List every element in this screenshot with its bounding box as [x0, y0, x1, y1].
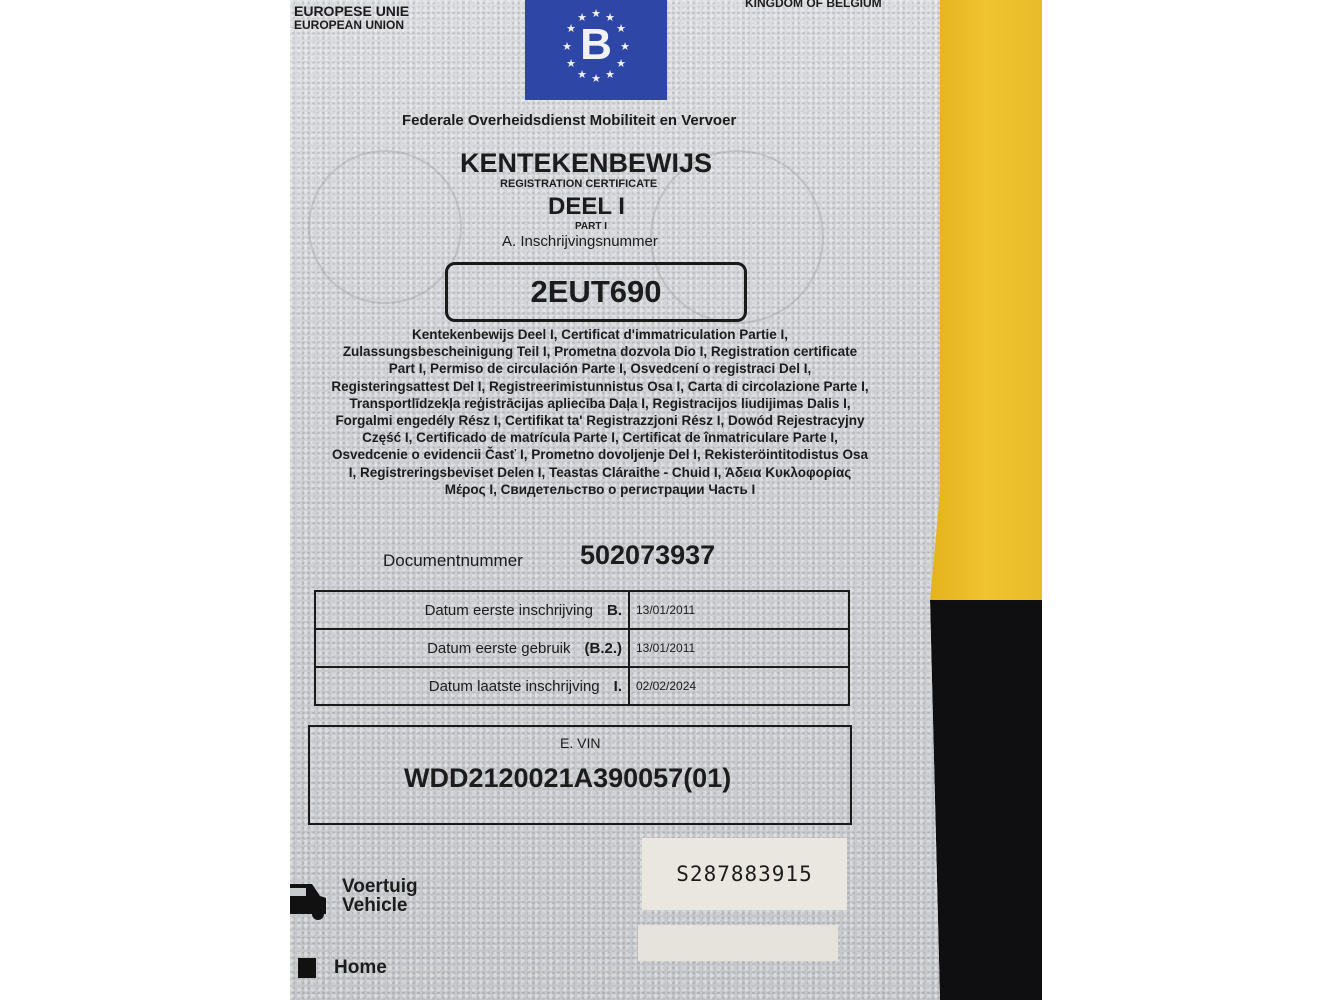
country-code: B	[525, 20, 667, 70]
date-code: I.	[614, 678, 622, 695]
svg-text:★: ★	[577, 69, 587, 81]
home-icon	[296, 956, 318, 980]
multilingual-title-text: Kentekenbewijs Deel I, Certificat d'imma…	[330, 326, 870, 498]
document-photo: Wichtig Bitte sorgfältig aufbewahren, je…	[290, 0, 1042, 1000]
part-label-en: PART I	[575, 221, 607, 232]
document-number-value: 502073937	[580, 540, 715, 571]
registration-certificate: EUROPESE UNIE EUROPEAN UNION KINGDOM OF …	[290, 0, 940, 1000]
serial-sticker-lower	[638, 925, 838, 961]
section-home: Home	[334, 957, 387, 979]
date-value: 02/02/2024	[629, 667, 849, 705]
vin-label: E. VIN	[560, 735, 600, 751]
vin-box: E. VIN WDD2120021A390057(01)	[308, 725, 852, 825]
table-row: Datum eerste gebruik(B.2.) 13/01/2011	[315, 629, 849, 667]
svg-text:★: ★	[605, 69, 615, 81]
svg-text:★: ★	[591, 73, 601, 85]
license-plate-number: 2EUT690	[448, 265, 744, 319]
envelope-background: Wichtig Bitte sorgfältig aufbewahren, je…	[930, 0, 1042, 600]
section-vehicle-en: Vehicle	[342, 896, 408, 915]
date-code: (B.2.)	[585, 640, 623, 657]
document-title: KENTEKENBEWIJS	[460, 148, 712, 179]
license-plate-box: 2EUT690	[445, 262, 747, 322]
sticker-number: S287883915	[642, 838, 847, 910]
date-value: 13/01/2011	[629, 591, 849, 629]
country-en: KINGDOM OF BELGIUM	[745, 0, 882, 10]
table-row: Datum eerste inschrijvingB. 13/01/2011	[315, 591, 849, 629]
registration-label: A. Inschrijvingsnummer	[502, 233, 658, 250]
registration-dates-table: Datum eerste inschrijvingB. 13/01/2011 D…	[314, 590, 850, 706]
document-title-en: REGISTRATION CERTIFICATE	[500, 178, 657, 190]
date-code: B.	[607, 602, 622, 619]
serial-sticker: S287883915	[642, 838, 847, 910]
car-icon	[290, 876, 330, 922]
part-label: DEEL I	[548, 193, 625, 221]
union-en: EUROPEAN UNION	[294, 18, 404, 32]
union-nl: EUROPESE UNIE	[294, 3, 409, 19]
section-vehicle-nl: Voertuig	[342, 877, 418, 896]
agency-name: Federale Overheidsdienst Mobiliteit en V…	[402, 112, 736, 129]
eu-flag: ★ ★ ★ ★ ★ ★ ★ ★ ★ ★ ★ ★ B	[525, 0, 667, 100]
vin-value: WDD2120021A390057(01)	[404, 763, 731, 794]
svg-text:★: ★	[591, 8, 601, 20]
watermark-wheel-left	[308, 150, 462, 304]
table-row: Datum laatste inschrijvingI. 02/02/2024	[315, 667, 849, 705]
date-value: 13/01/2011	[629, 629, 849, 667]
date-label: Datum eerste gebruik	[427, 640, 570, 657]
document-number-label: Documentnummer	[383, 551, 523, 571]
date-label: Datum eerste inschrijving	[425, 602, 593, 619]
date-label: Datum laatste inschrijving	[429, 678, 600, 695]
